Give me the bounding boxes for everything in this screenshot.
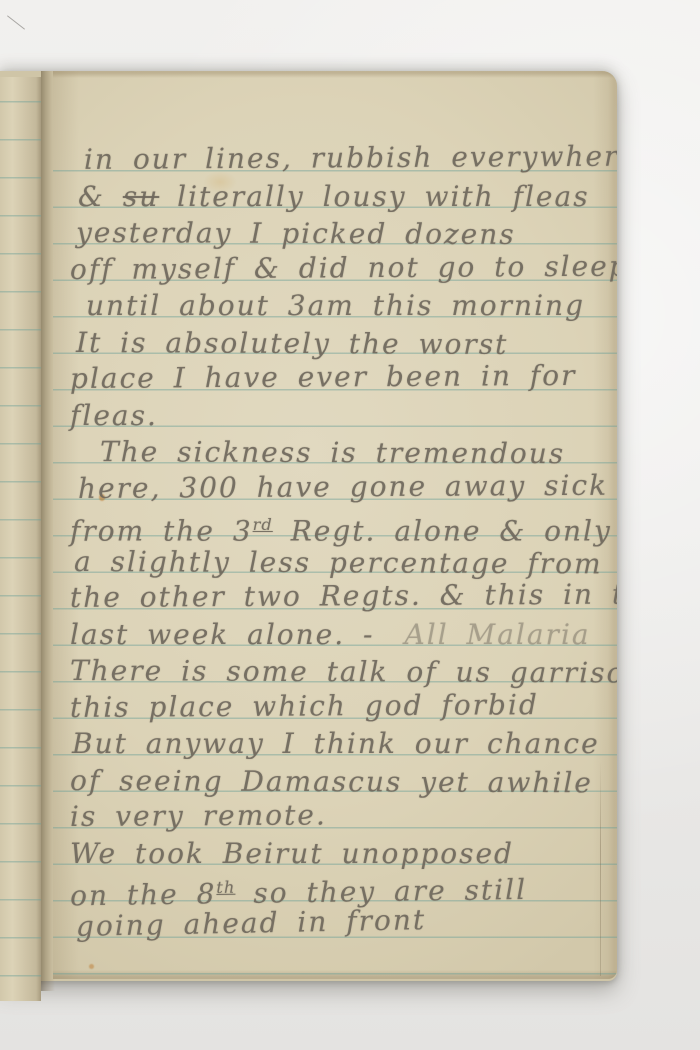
manuscript-line: is very remote.: [70, 796, 617, 836]
manuscript-line: fleas.: [70, 398, 617, 435]
manuscript-segment: We took Beirut unopposed: [70, 837, 514, 870]
manuscript-segment: of seeing Damascus yet awhile: [70, 764, 593, 799]
manuscript-line: last week alone. -All Malaria: [70, 617, 617, 654]
manuscript-line: But anyway I think our chance: [70, 726, 617, 763]
manuscript-segment: But anyway I think our chance: [72, 727, 600, 760]
handwriting-layer: in our lines, rubbish everywhere& su lit…: [70, 142, 617, 945]
manuscript-segment: the other two Regts. & this in the: [70, 577, 617, 614]
manuscript-segment: a slightly less percentage from: [74, 545, 603, 580]
manuscript-segment: th: [216, 878, 235, 897]
manuscript-segment: &: [78, 180, 123, 213]
manuscript-line: There is some talk of us garrisoning: [70, 653, 617, 692]
manuscript-line: this place which god forbid: [70, 686, 617, 726]
manuscript-segment: Regt. alone & only: [273, 514, 612, 547]
manuscript-segment: It is absolutely the worst: [76, 326, 508, 361]
manuscript-line: in our lines, rubbish everywhere: [70, 139, 617, 179]
manuscript-segment: su: [123, 180, 159, 213]
paper-stain: [89, 964, 94, 969]
photo-backdrop: in our lines, rubbish everywhere& su lit…: [0, 0, 700, 1050]
manuscript-line: here, 300 have gone away sick: [70, 467, 617, 507]
manuscript-segment: rd: [253, 515, 273, 534]
manuscript-segment: from the 3: [70, 514, 253, 547]
diary-page: in our lines, rubbish everywhere& su lit…: [53, 71, 617, 979]
manuscript-line: until about 3am this morning: [70, 288, 617, 325]
manuscript-line: place I have ever been in for: [70, 358, 617, 398]
manuscript-line: the other two Regts. & this in the: [70, 577, 617, 617]
manuscript-segment: until about 3am this morning: [86, 289, 585, 322]
manuscript-segment: All Malaria: [405, 618, 591, 651]
manuscript-segment: this place which god forbid: [70, 688, 539, 724]
manuscript-line: The sickness is tremendous: [70, 434, 617, 473]
manuscript-segment: off myself & did not go to sleep: [70, 249, 617, 285]
manuscript-line: off myself & did not go to sleep: [70, 248, 617, 288]
manuscript-segment: going ahead in front: [76, 903, 427, 943]
manuscript-segment: fleas.: [70, 399, 158, 432]
manuscript-segment: The sickness is tremendous: [100, 435, 565, 470]
manuscript-segment: yesterday I picked dozens: [76, 216, 516, 251]
manuscript-segment: last week alone. -: [70, 618, 375, 651]
manuscript-segment: is very remote.: [70, 798, 327, 833]
notebook: in our lines, rubbish everywhere& su lit…: [0, 71, 617, 981]
facing-page-ruled-lines: [0, 101, 41, 995]
manuscript-line: from the 3rd Regt. alone & only: [70, 507, 617, 544]
facing-page-edge: [0, 77, 41, 1001]
backdrop-scratch-mark: [7, 15, 25, 29]
manuscript-segment: in our lines, rubbish everywhere: [84, 140, 617, 176]
manuscript-segment: here, 300 have gone away sick: [78, 468, 608, 504]
manuscript-line: yesterday I picked dozens: [70, 215, 617, 254]
manuscript-segment: literally lousy with fleas: [159, 180, 589, 213]
manuscript-line: & su literally lousy with fleas: [70, 179, 617, 216]
manuscript-segment: There is some talk of us garrisoning: [70, 654, 617, 690]
manuscript-segment: place I have ever been in for: [70, 359, 577, 395]
